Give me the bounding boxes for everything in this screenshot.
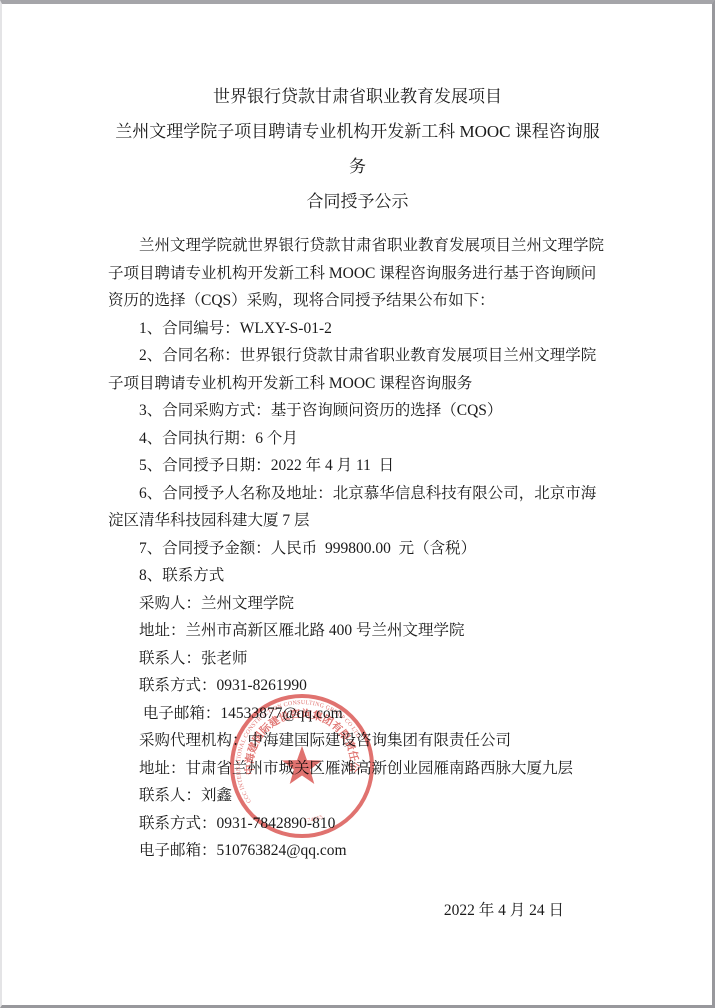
purchaser-phone: 联系方式：0931-8261990 bbox=[108, 672, 607, 700]
agency-contact-person: 联系人：刘鑫 bbox=[108, 782, 607, 810]
publish-date: 2022 年 4 月 24 日 bbox=[108, 897, 607, 925]
document-page: 世界银行贷款甘肃省职业教育发展项目 兰州文理学院子项目聘请专业机构开发新工科 M… bbox=[0, 0, 715, 1008]
purchaser-name: 采购人：兰州文理学院 bbox=[108, 590, 607, 618]
intro-paragraph: 兰州文理学院就世界银行贷款甘肃省职业教育发展项目兰州文理学院子项目聘请专业机构开… bbox=[108, 232, 607, 315]
purchaser-address: 地址：兰州市高新区雁北路 400 号兰州文理学院 bbox=[108, 617, 607, 645]
title-line-1: 世界银行贷款甘肃省职业教育发展项目 bbox=[108, 79, 607, 114]
agency-address: 地址：甘肃省兰州市城关区雁滩高新创业园雁南路西脉大厦九层 bbox=[108, 755, 607, 783]
contract-item-contact-head: 8、联系方式 bbox=[108, 562, 607, 590]
purchaser-contact-person: 联系人：张老师 bbox=[108, 645, 607, 673]
contract-item-name: 2、合同名称：世界银行贷款甘肃省职业教育发展项目兰州文理学院子项目聘请专业机构开… bbox=[108, 342, 607, 397]
title-line-2: 兰州文理学院子项目聘请专业机构开发新工科 MOOC 课程咨询服务 bbox=[108, 114, 607, 184]
agency-name: 采购代理机构：中海建国际建设咨询集团有限责任公司 bbox=[108, 727, 607, 755]
purchaser-email: 电子邮箱：14533877@qq.com bbox=[108, 700, 607, 728]
contract-item-awardee: 6、合同授予人名称及地址：北京慕华信息科技有限公司，北京市海淀区清华科技园科建大… bbox=[108, 480, 607, 535]
title-line-3: 合同授予公示 bbox=[108, 184, 607, 219]
contract-item-award-date: 5、合同授予日期：2022 年 4 月 11 日 bbox=[108, 452, 607, 480]
document-title: 世界银行贷款甘肃省职业教育发展项目 兰州文理学院子项目聘请专业机构开发新工科 M… bbox=[108, 79, 607, 219]
contract-item-number: 1、合同编号：WLXY-S-01-2 bbox=[108, 315, 607, 343]
contract-item-amount: 7、合同授予金额：人民币 999800.00 元（含税） bbox=[108, 535, 607, 563]
agency-email: 电子邮箱：510763824@qq.com bbox=[108, 837, 607, 865]
agency-phone: 联系方式：0931-7842890-810 bbox=[108, 810, 607, 838]
contract-item-duration: 4、合同执行期：6 个月 bbox=[108, 425, 607, 453]
contract-item-method: 3、合同采购方式：基于咨询顾问资历的选择（CQS） bbox=[108, 397, 607, 425]
